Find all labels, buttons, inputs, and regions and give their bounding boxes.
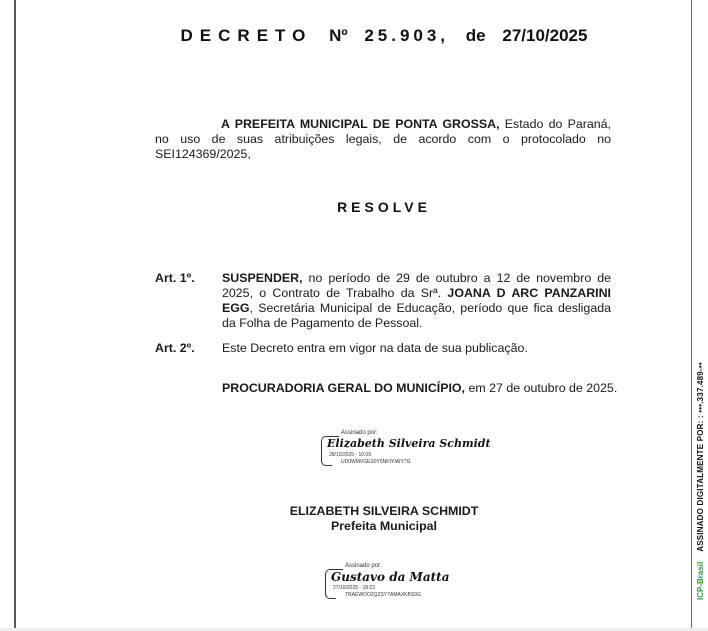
digital-signature-stamp: ICP-BrasilASSINADO DIGITALMENTE POR: : •… (696, 362, 705, 600)
closing-office: PROCURADORIA GERAL DO MUNICÍPIO, (222, 381, 465, 395)
preamble: A PREFEITA MUNICIPAL DE PONTA GROSSA, Es… (155, 117, 611, 162)
signer-name: ELIZABETH SILVEIRA SCHMIDT (0, 504, 708, 518)
page-border-right (691, 0, 692, 628)
icp-brasil-logo-icon: ICP-Brasil (696, 562, 705, 600)
article-1-verb: SUSPENDER, (222, 271, 303, 285)
article-2-label: Art. 2º. (155, 341, 195, 356)
decree-date: 27/10/2025 (502, 26, 587, 45)
decree-number: 25.903, (364, 26, 449, 45)
signature-label: Assinado por: (345, 563, 382, 569)
signature-code: TRAEWOO2QZSY7AMAXKBS3G (345, 592, 421, 598)
closing-date: em 27 de outubro de 2025. (465, 381, 617, 395)
document-page: DECRETO Nº 25.903, de 27/10/2025 A PREFE… (0, 0, 708, 631)
decree-title: DECRETO Nº 25.903, de 27/10/2025 (0, 26, 708, 46)
decree-de: de (466, 26, 486, 45)
signature-date: 28/10/2025 - 10:09 (329, 452, 371, 458)
digital-signature-1: Assinado por: Elizabeth Silveira Schmidt… (321, 430, 451, 466)
stamp-text: ASSINADO DIGITALMENTE POR: : •••.337.489… (696, 362, 705, 552)
article-1-body: SUSPENDER, no período de 29 de outubro a… (222, 271, 611, 331)
signature-name: Gustavo da Matta (331, 570, 449, 584)
article-1-label: Art. 1º. (155, 271, 195, 286)
preamble-authority: A PREFEITA MUNICIPAL DE PONTA GROSSA, (221, 117, 500, 131)
signature-code: UD0WMVGES0Y6NKIYIAIY7G (341, 459, 410, 465)
decree-word: DECRETO (181, 26, 313, 45)
signature-name: Elizabeth Silveira Schmidt (327, 437, 491, 450)
decree-number-sign: Nº (329, 26, 348, 45)
closing-line: PROCURADORIA GERAL DO MUNICÍPIO, em 27 d… (222, 381, 617, 395)
digital-signature-2: Assinado por: Gustavo da Matta 27/10/202… (325, 563, 455, 599)
article-2-body: Este Decreto entra em vigor na data de s… (222, 341, 611, 356)
signature-label: Assinado por: (341, 430, 378, 436)
article-1: Art. 1º. SUSPENDER, no período de 29 de … (155, 271, 611, 331)
resolve-heading: RESOLVE (0, 199, 708, 215)
signer-role: Prefeita Municipal (0, 519, 708, 533)
signature-date: 27/10/2025 - 18:23 (333, 585, 375, 591)
article-2: Art. 2º. Este Decreto entra em vigor na … (155, 341, 611, 356)
page-border-left (14, 0, 16, 628)
article-1-text-b: , Secretária Municipal de Educação, perí… (222, 301, 611, 330)
